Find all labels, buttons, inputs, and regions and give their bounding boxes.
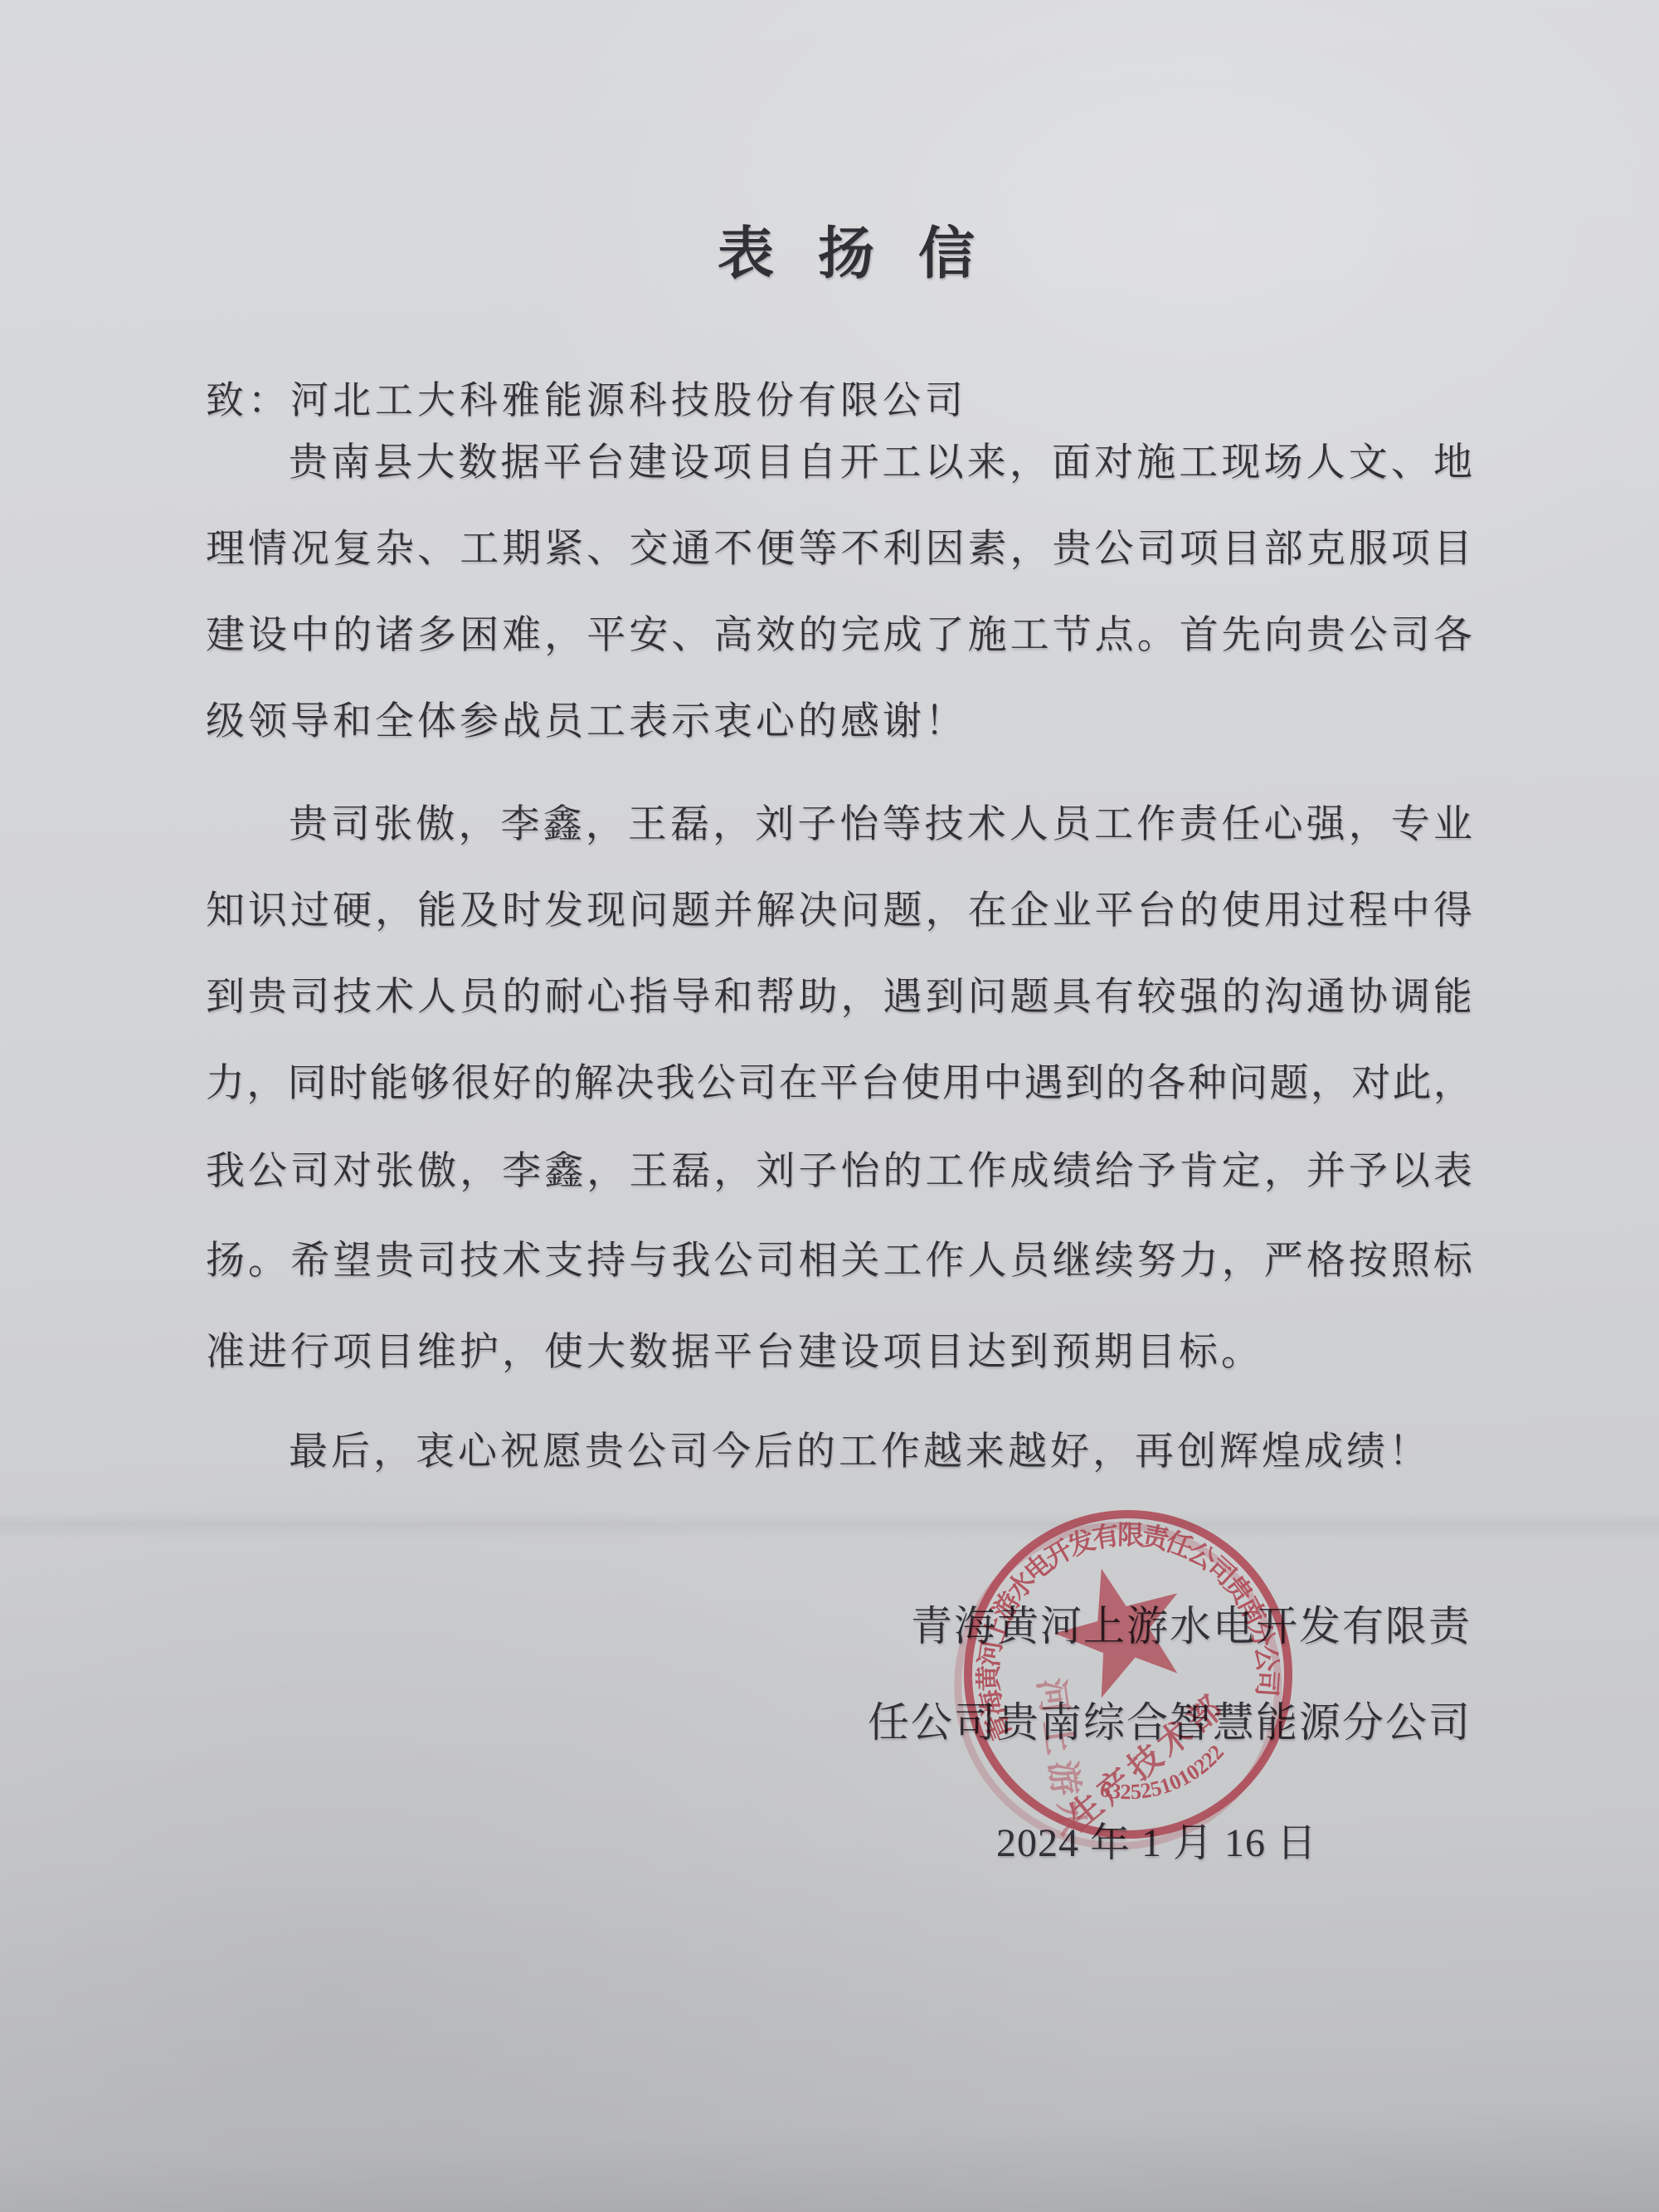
- body-line: 准进行项目维护，使大数据平台建设项目达到预期目标。: [206, 1321, 1263, 1376]
- paper-crease: [0, 1512, 1659, 1540]
- stamp-ghost-text: 河上游水: [1030, 1676, 1092, 1846]
- body-line: 力，同时能够很好的解决我公司在平台使用中遇到的各种问题，对此，: [206, 1052, 1472, 1108]
- salutation-line: 致：河北工大科雅能源科技股份有限公司: [206, 370, 967, 425]
- body-line: 最后，衷心祝愿贵公司今后的工作越来越好，再创辉煌成绩！: [289, 1420, 1431, 1476]
- body-line: 贵司张傲，李鑫，王磊，刘子怡等技术人员工作责任心强，专业: [289, 793, 1472, 849]
- body-line: 知识过硬，能及时发现问题并解决问题，在企业平台的使用过程中得: [206, 879, 1472, 935]
- body-line: 建设中的诸多困难，平安、高效的完成了施工节点。首先向贵公司各: [206, 604, 1472, 660]
- page-title: 表 扬 信: [0, 209, 1659, 290]
- body-line: 到贵司技术人员的耐心指导和帮助，遇到问题具有较强的沟通协调能: [206, 966, 1472, 1021]
- body-line: 我公司对张傲，李鑫，王磊，刘子怡的工作成绩给予肯定，并予以表: [206, 1140, 1472, 1196]
- photographed-letter: { "letter": { "title": "表 扬 信", "salutat…: [0, 0, 1659, 2212]
- body-line: 级领导和全体参战员工表示衷心的感谢！: [206, 690, 967, 746]
- official-stamp: 青海黄河上游水电开发有限责任公司贵南分公司 生产技术部 632525101022…: [929, 1475, 1327, 1873]
- body-line: 扬。希望贵司技术支持与我公司相关工作人员继续努力，严格按照标: [206, 1230, 1472, 1285]
- body-line: 贵南县大数据平台建设项目自开工以来，面对施工现场人文、地: [289, 431, 1472, 487]
- body-line: 理情况复杂、工期紧、交通不便等不利因素，贵公司项目部克服项目: [206, 518, 1472, 573]
